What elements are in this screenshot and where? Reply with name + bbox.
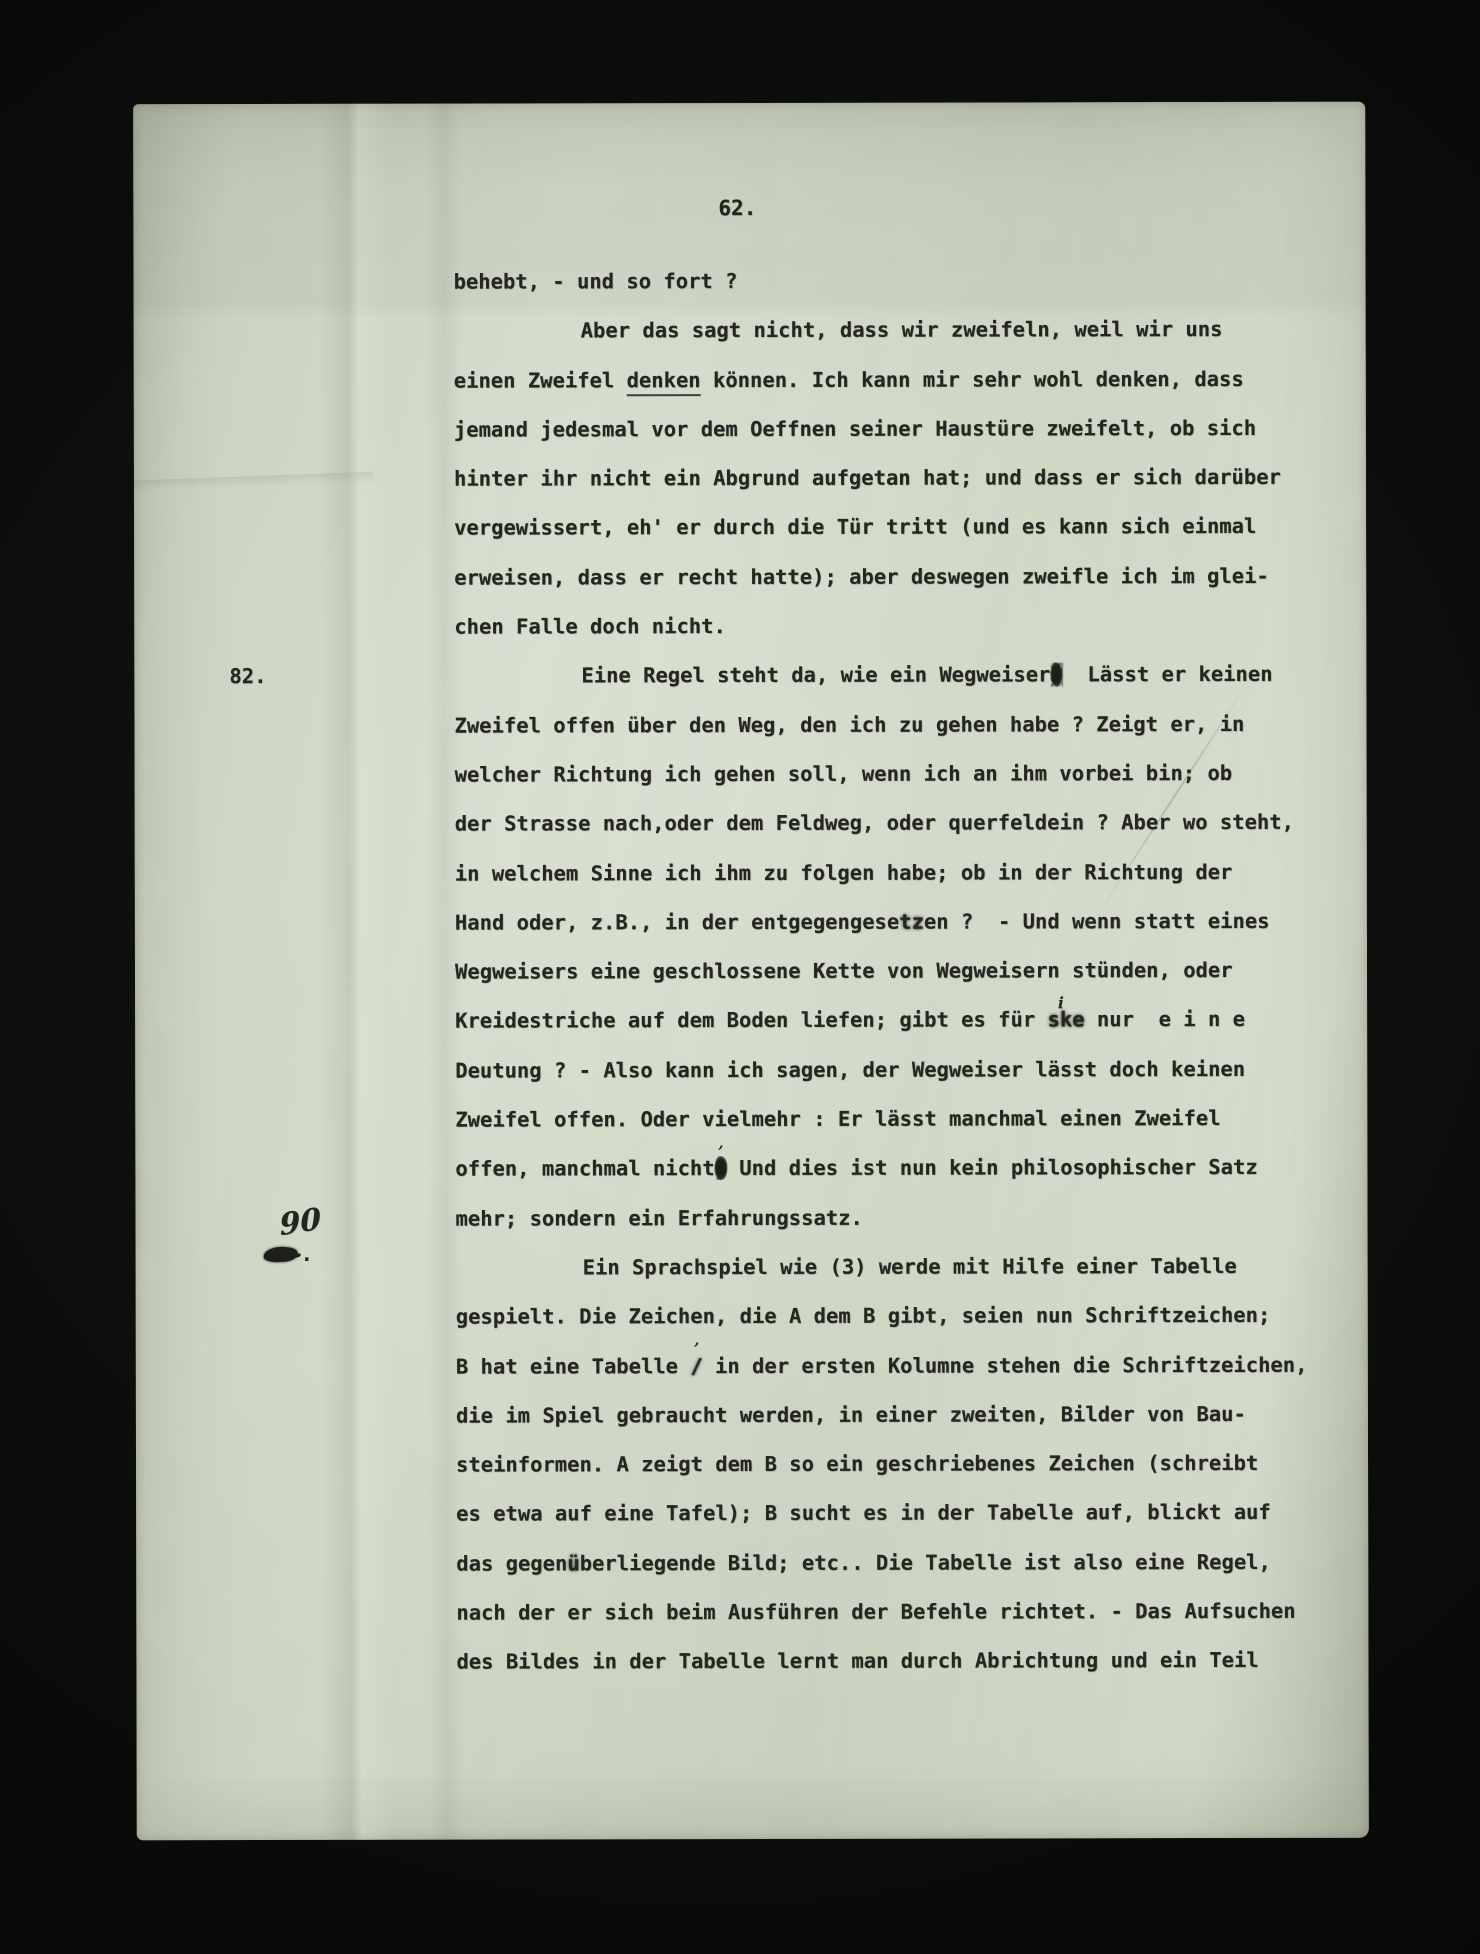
typescript-segment: des Bildes in der Tabelle lernt man durc… [456, 1648, 1258, 1674]
typescript-segment: en ? - Und wenn statt eines [924, 909, 1270, 934]
typescript-segment: chen Falle doch nicht. [454, 614, 726, 639]
typescript-segment: vergewissert, eh' er durch die Tür tritt… [454, 514, 1256, 540]
typescript-line: Hand oder, z.B., in der entgegengesetzen… [455, 897, 1360, 948]
handwritten-correction-mark: ’ [694, 1341, 700, 1357]
typescript-line: Deutung ? - Also kann ich sagen, der Weg… [455, 1044, 1360, 1095]
typescript-segment: in der ersten Kolumne stehen die Schrift… [703, 1352, 1308, 1377]
typescript-line: vergewissert, eh' er durch die Tür tritt… [454, 502, 1359, 553]
typescript-segment: der Strasse nach,oder dem Feldweg, oder … [455, 810, 1294, 836]
typescript-segment: mehr; sondern ein Erfahrungssatz. [455, 1205, 862, 1230]
handwritten-correction-mark: i [1058, 995, 1064, 1011]
page-number: 62. [718, 195, 756, 221]
handwritten-correction-mark: ’ [718, 1144, 724, 1160]
typescript-line: nach der er sich beim Ausführen der Befe… [456, 1587, 1361, 1638]
typescript-segment-smudge: /’ [690, 1354, 702, 1378]
scanned-typescript-photo: { "colors": { "paper": "#d8dfcd", "ink":… [0, 0, 1480, 1954]
typescript-segment: erweisen, dass er recht hatte); aber des… [454, 564, 1269, 590]
typescript-line: welcher Richtung ich gehen soll, wenn ic… [455, 749, 1360, 800]
typescript-line: Aber das sagt nicht, dass wir zweifeln, … [454, 305, 1359, 356]
typescript-segment: Zweifel offen. Oder vielmehr : Er lässt … [455, 1106, 1220, 1132]
typescript-line: das gegenüberliegende Bild; etc.. Die Ta… [456, 1537, 1361, 1588]
typescript-line: Zweifel offen. Oder vielmehr : Er lässt … [455, 1094, 1360, 1145]
typescript-line: Kreidestriche auf dem Boden liefen; gibt… [455, 995, 1360, 1046]
typescript-segment: jemand jedesmal vor dem Oeffnen seiner H… [454, 416, 1256, 442]
typescript-segment: das gegen [456, 1551, 567, 1575]
typescript-line: die im Spiel gebraucht werden, in einer … [456, 1390, 1361, 1441]
typescript-line: B hat eine Tabelle /’ in der ersten Kolu… [456, 1340, 1361, 1391]
typescript-line: gespielt. Die Zeichen, die A dem B gibt,… [456, 1291, 1361, 1342]
typescript-segment: Wegweisers eine geschlossene Kette von W… [455, 958, 1233, 984]
typescript-segment: behebt, - und so fort ? [454, 269, 738, 294]
typescript-line: jemand jedesmal vor dem Oeffnen seiner H… [454, 404, 1359, 455]
typescript-segment: Lässt er keinen [1063, 662, 1273, 686]
typescript-segment: steinformen. A zeigt dem B so ein geschr… [456, 1451, 1258, 1477]
paper-crease [318, 104, 392, 1840]
typescript-line: mehr; sondern ein Erfahrungssatz. [455, 1192, 1360, 1243]
typescript-segment: Zweifel offen über den Weg, den ich zu g… [454, 712, 1244, 738]
typescript-line: offen, manchmal nichty’ Und dies ist nun… [455, 1143, 1360, 1194]
handwritten-number-90: 90 [279, 1205, 322, 1242]
typescript-segment: hinter ihr nicht ein Abgrund aufgetan ha… [454, 465, 1281, 491]
typescript-segment: berliegende Bild; etc.. Die Tabelle ist … [580, 1550, 1271, 1575]
typescript-segment: können. Ich kann mir sehr wohl denken, d… [701, 367, 1244, 392]
typescript-line: chen Falle doch nicht. [454, 601, 1359, 652]
typescript-line: steinformen. A zeigt dem B so ein geschr… [456, 1439, 1361, 1490]
typescript-segment: nach der er sich beim Ausführen der Befe… [456, 1599, 1295, 1625]
note-period: . [301, 1242, 313, 1266]
typescript-line: Zweifel offen über den Weg, den ich zu g… [454, 699, 1359, 750]
typescript-segment: B hat eine Tabelle [456, 1354, 691, 1378]
typescript-line: es etwa auf eine Tafel); B sucht es in d… [456, 1488, 1361, 1539]
typescript-segment-blot: y’ [715, 1156, 727, 1180]
typescript-segment: Aber das sagt nicht, dass wir zweifeln, … [581, 317, 1223, 342]
typescript-line: erweisen, dass er recht hatte); aber des… [454, 552, 1359, 603]
typescript-line: Eine Regel steht da, wie ein Wegweiser▓ … [454, 650, 1359, 701]
paper-crease [134, 472, 374, 495]
typescript-segment-blot: ▓ [1050, 663, 1062, 687]
typescript-segment-smudge: ü [567, 1551, 579, 1575]
typescript-segment: Deutung ? - Also kann ich sagen, der Weg… [455, 1057, 1245, 1083]
typescript-line: Wegweisers eine geschlossene Kette von W… [455, 946, 1360, 997]
typescript-segment: offen, manchmal nicht [455, 1156, 714, 1181]
typescript-line: der Strasse nach,oder dem Feldweg, oder … [455, 798, 1360, 849]
typescript-segment: Hand oder, z.B., in der [455, 910, 751, 935]
typescript-segment: es etwa auf eine Tafel); B sucht es in d… [456, 1500, 1271, 1526]
typescript-text: behebt, - und so fort ?Aber das sagt nic… [454, 256, 1362, 1688]
typescript-segment: die im Spiel gebraucht werden, in einer … [456, 1402, 1246, 1428]
typescript-segment: Eine Regel steht da, wie ein Wegweiser [581, 663, 1050, 688]
typescript-segment-smudge: skei [1047, 1008, 1084, 1032]
typescript-line: behebt, - und so fort ? [454, 256, 1359, 307]
typescript-segment: nur e i n e [1085, 1007, 1246, 1031]
typescript-segment: gespielt. Die Zeichen, die A dem B gibt,… [456, 1303, 1271, 1329]
typescript-segment: Und dies ist nun kein philosophischer Sa… [727, 1155, 1258, 1180]
typescript-line: einen Zweifel denken können. Ich kann mi… [454, 354, 1359, 405]
typescript-segment: entgegengese [751, 910, 899, 934]
typescript-segment: einen Zweifel [454, 368, 627, 392]
crossed-out-number: . [264, 1242, 354, 1266]
typescript-line: in welchem Sinne ich ihm zu folgen habe;… [455, 847, 1360, 898]
margin-note-90: 90 . [263, 1208, 353, 1266]
ink-blot [263, 1245, 298, 1262]
typescript-line: hinter ihr nicht ein Abgrund aufgetan ha… [454, 453, 1359, 504]
margin-note-82: 82. [229, 652, 266, 701]
typescript-line: des Bildes in der Tabelle lernt man durc… [456, 1636, 1361, 1687]
typescript-segment: in welchem Sinne ich ihm zu folgen habe;… [455, 860, 1233, 886]
typescript-segment-smudge: tz [899, 909, 924, 933]
typescript-segment: Kreidestriche auf dem Boden liefen; gibt… [455, 1008, 1047, 1033]
document-page: 62. 82. 90 . behebt, - und so fort ?Aber… [133, 102, 1369, 1841]
typescript-segment-u: denken [627, 368, 701, 396]
typescript-line: Ein Sprachspiel wie (3) werde mit Hilfe … [456, 1242, 1361, 1293]
typescript-segment: welcher Richtung ich gehen soll, wenn ic… [455, 761, 1233, 787]
typescript-segment: Ein Sprachspiel wie (3) werde mit Hilfe … [583, 1254, 1237, 1279]
